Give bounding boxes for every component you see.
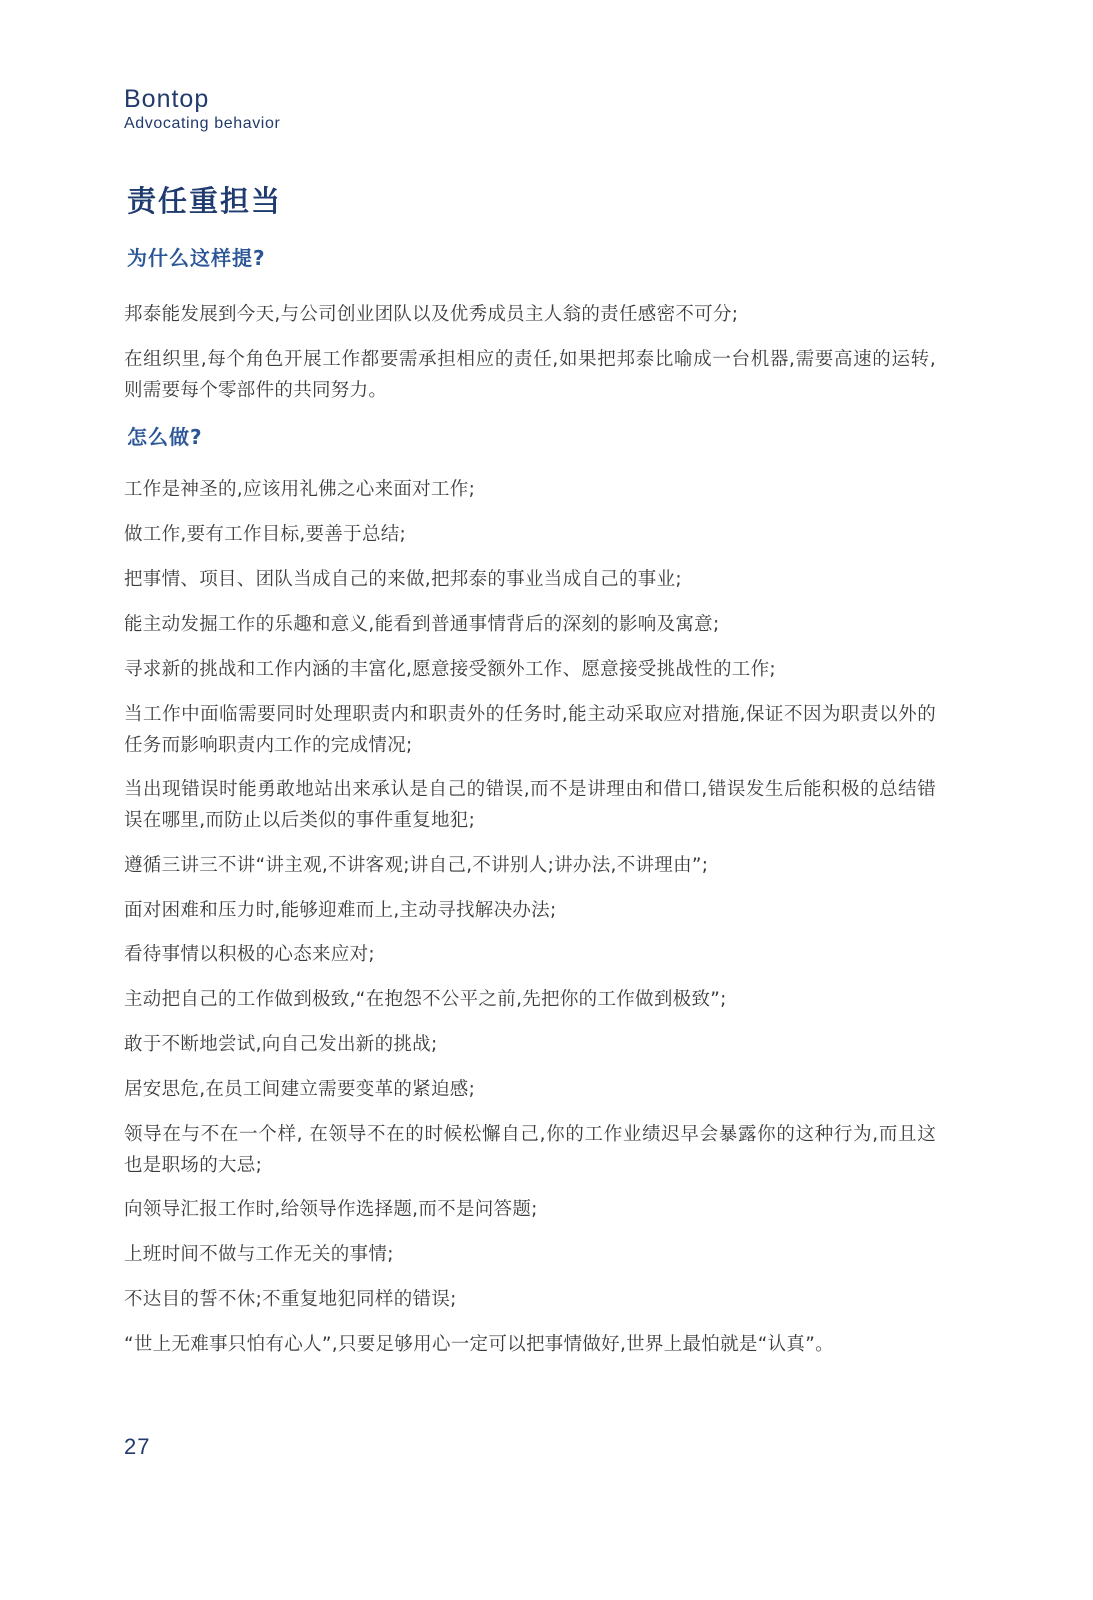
- brand-header: Bontop Advocating behavior: [124, 84, 280, 134]
- paragraph: 不达目的誓不休;不重复地犯同样的错误;: [124, 1284, 936, 1315]
- page-number: 27: [124, 1433, 150, 1461]
- brand-name: Bontop: [124, 84, 280, 114]
- page-title: 责任重担当: [127, 182, 282, 220]
- paragraph: “世上无难事只怕有心人”,只要足够用心一定可以把事情做好,世界上最怕就是“认真”…: [124, 1329, 936, 1360]
- paragraph: 主动把自己的工作做到极致,“在抱怨不公平之前,先把你的工作做到极致”;: [124, 984, 936, 1015]
- paragraph: 做工作,要有工作目标,要善于总结;: [124, 519, 936, 550]
- paragraph: 在组织里,每个角色开展工作都要需承担相应的责任,如果把邦泰比喻成一台机器,需要高…: [124, 344, 936, 406]
- paragraph: 遵循三讲三不讲“讲主观,不讲客观;讲自己,不讲别人;讲办法,不讲理由”;: [124, 850, 936, 881]
- paragraph: 当工作中面临需要同时处理职责内和职责外的任务时,能主动采取应对措施,保证不因为职…: [124, 699, 936, 761]
- paragraph: 居安思危,在员工间建立需要变革的紧迫感;: [124, 1074, 936, 1105]
- paragraph: 面对困难和压力时,能够迎难而上,主动寻找解决办法;: [124, 895, 936, 926]
- paragraph: 向领导汇报工作时,给领导作选择题,而不是问答题;: [124, 1194, 936, 1225]
- paragraph: 寻求新的挑战和工作内涵的丰富化,愿意接受额外工作、愿意接受挑战性的工作;: [124, 654, 936, 685]
- section-heading-how: 怎么做?: [127, 423, 203, 451]
- paragraph: 敢于不断地尝试,向自己发出新的挑战;: [124, 1029, 936, 1060]
- paragraph: 领导在与不在一个样, 在领导不在的时候松懈自己,你的工作业绩迟早会暴露你的这种行…: [124, 1119, 936, 1181]
- section-heading-why: 为什么这样提?: [127, 244, 266, 272]
- paragraph: 把事情、项目、团队当成自己的来做,把邦泰的事业当成自己的事业;: [124, 564, 936, 595]
- paragraph: 看待事情以积极的心态来应对;: [124, 939, 936, 970]
- paragraph: 当出现错误时能勇敢地站出来承认是自己的错误,而不是讲理由和借口,错误发生后能积极…: [124, 774, 936, 836]
- paragraph: 上班时间不做与工作无关的事情;: [124, 1239, 936, 1270]
- paragraph: 邦泰能发展到今天,与公司创业团队以及优秀成员主人翁的责任感密不可分;: [124, 299, 936, 330]
- brand-tagline: Advocating behavior: [124, 114, 280, 134]
- document-page: Bontop Advocating behavior 责任重担当 为什么这样提?…: [0, 0, 1093, 1600]
- paragraph: 工作是神圣的,应该用礼佛之心来面对工作;: [124, 474, 936, 505]
- paragraph: 能主动发掘工作的乐趣和意义,能看到普通事情背后的深刻的影响及寓意;: [124, 609, 936, 640]
